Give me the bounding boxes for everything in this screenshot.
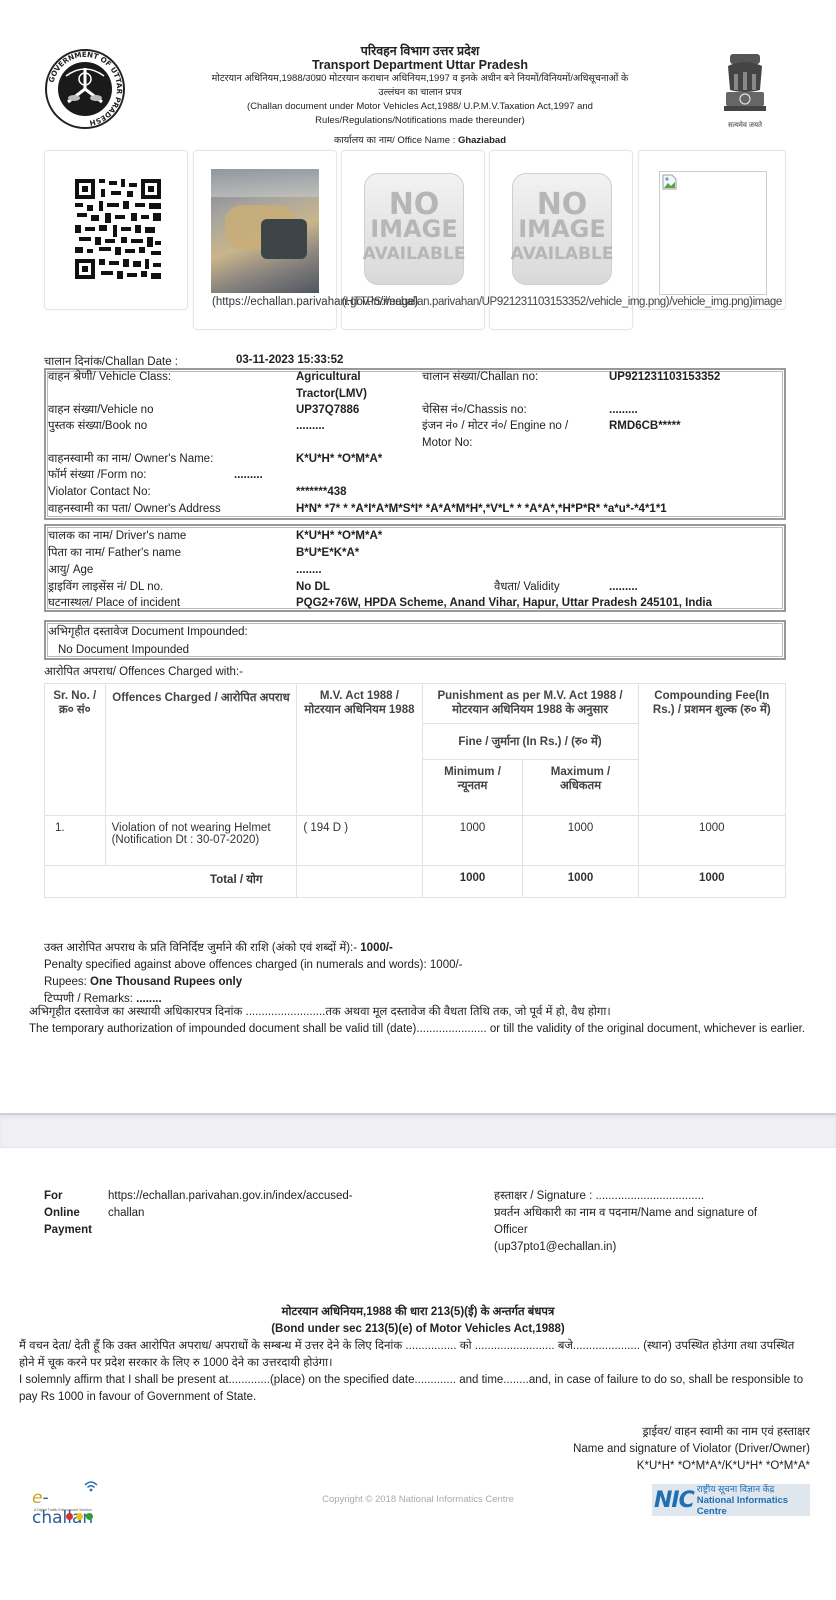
broken-image-card <box>638 150 786 310</box>
validity-value: ......... <box>609 580 638 594</box>
header-maximum: Maximum / अधिकतम <box>523 760 638 816</box>
contact-no-label: Violator Contact No: <box>48 485 151 499</box>
violator-name: K*U*H* *O*M*A*/K*U*H* *O*M*A* <box>573 1458 810 1475</box>
owner-address-value: H*N* *7* * *A*I*A*M*S*I* *A*A*M*H*,*V*L*… <box>296 502 667 516</box>
header-compounding-fee: Compounding Fee(In Rs.) / प्रशमन शुल्क (… <box>638 684 785 816</box>
cell-minimum: 1000 <box>422 816 523 866</box>
violator-label-english: Name and signature of Violator (Driver/O… <box>573 1441 810 1458</box>
impounded-value: No Document Impounded <box>58 643 189 657</box>
cell-maximum: 1000 <box>523 816 638 866</box>
up-government-seal: GOVERNMENT OF UTTAR PRADESH <box>44 48 126 130</box>
vehicle-photo <box>211 169 319 293</box>
total-compounding-fee: 1000 <box>638 866 785 898</box>
office-value: Ghaziabad <box>458 135 506 146</box>
officer-signature: हस्ताक्षर / Signature : ................… <box>494 1188 794 1256</box>
bond-title-english: (Bond under sec 213(5)(e) of Motor Vehic… <box>0 1321 836 1338</box>
place-label: घटनास्थल/ Place of incident <box>48 596 180 610</box>
no-image-placeholder: NO IMAGE AVAILABLE <box>364 173 464 285</box>
document-header: परिवहन विभाग उत्तर प्रदेश Transport Depa… <box>180 44 660 148</box>
table-header-row: Sr. No. / क्र० सं० Offences Charged / आर… <box>45 684 786 724</box>
impounded-label: अभिगृहीत दस्तावेज Document Impounded: <box>48 625 248 639</box>
challan-no-label: चालान संख्या/Challan no: <box>422 370 538 384</box>
offences-heading: आरोपित अपराध/ Offences Charged with:- <box>44 664 243 679</box>
vehicle-class-label: वाहन श्रेणी/ Vehicle Class: <box>48 370 171 384</box>
broken-image-frame <box>659 171 767 295</box>
ashoka-emblem: सत्यमेव जयते <box>718 50 772 134</box>
father-name-value: B*U*E*K*A* <box>296 546 359 560</box>
header-offence: Offences Charged / आरोपित अपराध <box>105 684 297 816</box>
subtitle-hindi: मोटरयान अधिनियम,1988/उ0प्र0 मोटरयान कराध… <box>180 72 660 100</box>
temporary-authorization-english: The temporary authorization of impounded… <box>29 1021 809 1038</box>
image-url-overlap: (HTTPS://echallan.parivahan/UP9212311031… <box>342 296 782 308</box>
driver-name-value: K*U*H* *O*M*A* <box>296 529 382 543</box>
bond-english: I solemnly affirm that I shall be presen… <box>19 1372 809 1406</box>
bond-title: मोटरयान अधिनियम,1988 की धारा 213(5)(ई) क… <box>0 1304 836 1338</box>
violator-label-hindi: ड्राईवर/ वाहन स्वामी का नाम एवं हस्ताक्ष… <box>573 1424 810 1441</box>
broken-image-icon <box>662 174 678 190</box>
chassis-no-value: ......... <box>609 403 638 417</box>
bond-hindi: मैं वचन देता/ देती हूँ कि उक्त आरोपित अप… <box>19 1338 809 1372</box>
vehicle-no-label: वाहन संख्या/Vehicle no <box>48 403 153 417</box>
title-english: Transport Department Uttar Pradesh <box>180 58 660 72</box>
vehicle-no-value: UP37Q7886 <box>296 403 359 417</box>
challan-date-value: 03-11-2023 15:33:52 <box>236 354 343 366</box>
officer-name-label: प्रवर्तन अधिकारी का नाम व पदनाम/Name and… <box>494 1205 794 1222</box>
subtitle-hindi-line-2: उल्लंघन का चालान प्रपत्र <box>378 87 461 98</box>
challan-date-label: चालान दिनांक/Challan Date : <box>44 356 178 368</box>
office-name: कार्यालय का नाम/ Office Name : Ghaziabad <box>180 134 660 148</box>
penalty-section: उक्त आरोपित अपराध के प्रति विनिर्दिष्ट ज… <box>44 940 804 1008</box>
total-label: Total / योग <box>45 866 297 898</box>
echallan-tagline: A Digital Traffic Enforcement Solution <box>34 1508 92 1512</box>
cell-mv-act: ( 194 D ) <box>297 816 422 866</box>
chassis-no-label: चेसिस नं०/Chassis no: <box>422 403 527 417</box>
total-maximum: 1000 <box>523 866 638 898</box>
owner-address-label: वाहनस्वामी का पता/ Owner's Address <box>48 502 221 516</box>
violator-signature: ड्राईवर/ वाहन स्वामी का नाम एवं हस्ताक्ष… <box>573 1424 810 1475</box>
vehicle-class-value: Agricultural Tractor(LMV) <box>296 370 367 404</box>
driver-details-box: चालक का नाम/ Driver's name K*U*H* *O*M*A… <box>44 524 786 612</box>
dl-no-label: ड्राइविंग लाइसेंस नं/ DL no. <box>48 580 163 594</box>
bond-title-hindi: मोटरयान अधिनियम,1988 की धारा 213(5)(ई) क… <box>0 1304 836 1321</box>
bond-body: मैं वचन देता/ देती हूँ कि उक्त आरोपित अप… <box>19 1338 809 1406</box>
emblem-motto: सत्यमेव जयते <box>718 121 772 130</box>
temporary-authorization: अभिगृहीत दस्तावेज का अस्थायी अधिकारपत्र … <box>29 1004 809 1038</box>
driver-name-label: चालक का नाम/ Driver's name <box>48 529 186 543</box>
traffic-lights-icon <box>66 1513 93 1520</box>
title-hindi: परिवहन विभाग उत्तर प्रदेश <box>180 44 660 58</box>
challan-no-value: UP921231103153352 <box>609 370 720 384</box>
age-value: ........ <box>296 563 322 577</box>
total-row: Total / योग 1000 1000 1000 <box>45 866 786 898</box>
validity-label: वैधता/ Validity <box>494 580 560 594</box>
nic-abbr: NIC <box>654 1488 694 1513</box>
temporary-authorization-hindi: अभिगृहीत दस्तावेज का अस्थायी अधिकारपत्र … <box>29 1004 809 1021</box>
penalty-hindi: उक्त आरोपित अपराध के प्रति विनिर्दिष्ट ज… <box>44 940 804 957</box>
form-no-value: ......... <box>234 468 263 482</box>
contact-no-value: *******438 <box>296 485 347 499</box>
book-no-label: पुस्तक संख्या/Book no <box>48 419 147 433</box>
place-value: PQG2+76W, HPDA Scheme, Anand Vihar, Hapu… <box>296 596 712 610</box>
nic-text: राष्ट्रीय सूचना विज्ञान केंद्र National … <box>697 1484 810 1517</box>
page-separator <box>0 1113 836 1148</box>
no-image-placeholder: NO IMAGE AVAILABLE <box>512 173 612 285</box>
online-payment-label: For Online Payment <box>44 1188 104 1239</box>
penalty-rupees: Rupees: One Thousand Rupees only <box>44 974 804 991</box>
header-minimum: Minimum / न्यूनतम <box>422 760 523 816</box>
age-label: आयु/ Age <box>48 563 93 577</box>
impounded-box: अभिगृहीत दस्तावेज Document Impounded: No… <box>44 620 786 660</box>
owner-name-value: K*U*H* *O*M*A* <box>296 452 382 466</box>
header-fine: Fine / जुर्माना (In Rs.) / (रु० में) <box>422 724 638 760</box>
cell-offence: Violation of not wearing Helmet (Notific… <box>105 816 297 866</box>
subtitle-hindi-line-1: मोटरयान अधिनियम,1988/उ0प्र0 मोटरयान कराध… <box>212 73 629 84</box>
offences-table: Sr. No. / क्र० सं० Offences Charged / आर… <box>44 683 786 898</box>
father-name-label: पिता का नाम/ Father's name <box>48 546 181 560</box>
penalty-english: Penalty specified against above offences… <box>44 957 804 974</box>
qr-code-card <box>44 150 188 310</box>
header-sr-no: Sr. No. / क्र० सं० <box>45 684 106 816</box>
nic-logo: NIC राष्ट्रीय सूचना विज्ञान केंद्र Natio… <box>652 1484 810 1516</box>
book-no-value: ......... <box>296 419 325 433</box>
header-mv-act: M.V. Act 1988 / मोटरयान अधिनियम 1988 <box>297 684 422 816</box>
header-punishment: Punishment as per M.V. Act 1988 / मोटरया… <box>422 684 638 724</box>
office-label: कार्यालय का नाम/ Office Name : <box>334 135 458 146</box>
owner-name-label: वाहनस्वामी का नाम/ Owner's Name: <box>48 452 213 466</box>
engine-no-label: इंजन नं० / मोटर नं०/ Engine no / Motor N… <box>422 419 568 453</box>
table-row: 1. Violation of not wearing Helmet (Noti… <box>45 816 786 866</box>
cell-compounding-fee: 1000 <box>638 816 785 866</box>
challan-date-row: चालान दिनांक/Challan Date : 03-11-2023 1… <box>44 354 784 369</box>
officer-email: (up37pto1@echallan.in) <box>494 1239 794 1256</box>
total-empty-cell <box>297 866 422 898</box>
form-no-label: फॉर्म संख्या /Form no: <box>48 468 146 482</box>
image-url-text: (https://echallan.parivahan.gov.in/image… <box>212 296 812 308</box>
dl-no-value: No DL <box>296 580 330 594</box>
payment-link[interactable]: https://echallan.parivahan.gov.in/index/… <box>108 1188 408 1222</box>
total-minimum: 1000 <box>422 866 523 898</box>
vehicle-details-box: वाहन श्रेणी/ Vehicle Class: Agricultural… <box>44 368 786 520</box>
signature-line: हस्ताक्षर / Signature : ................… <box>494 1188 794 1205</box>
engine-no-value: RMD6CB***** <box>609 419 681 433</box>
officer-label: Officer <box>494 1222 794 1239</box>
subtitle-english: (Challan document under Motor Vehicles A… <box>180 100 660 128</box>
qr-code <box>75 179 161 279</box>
cell-sr-no: 1. <box>45 816 106 866</box>
